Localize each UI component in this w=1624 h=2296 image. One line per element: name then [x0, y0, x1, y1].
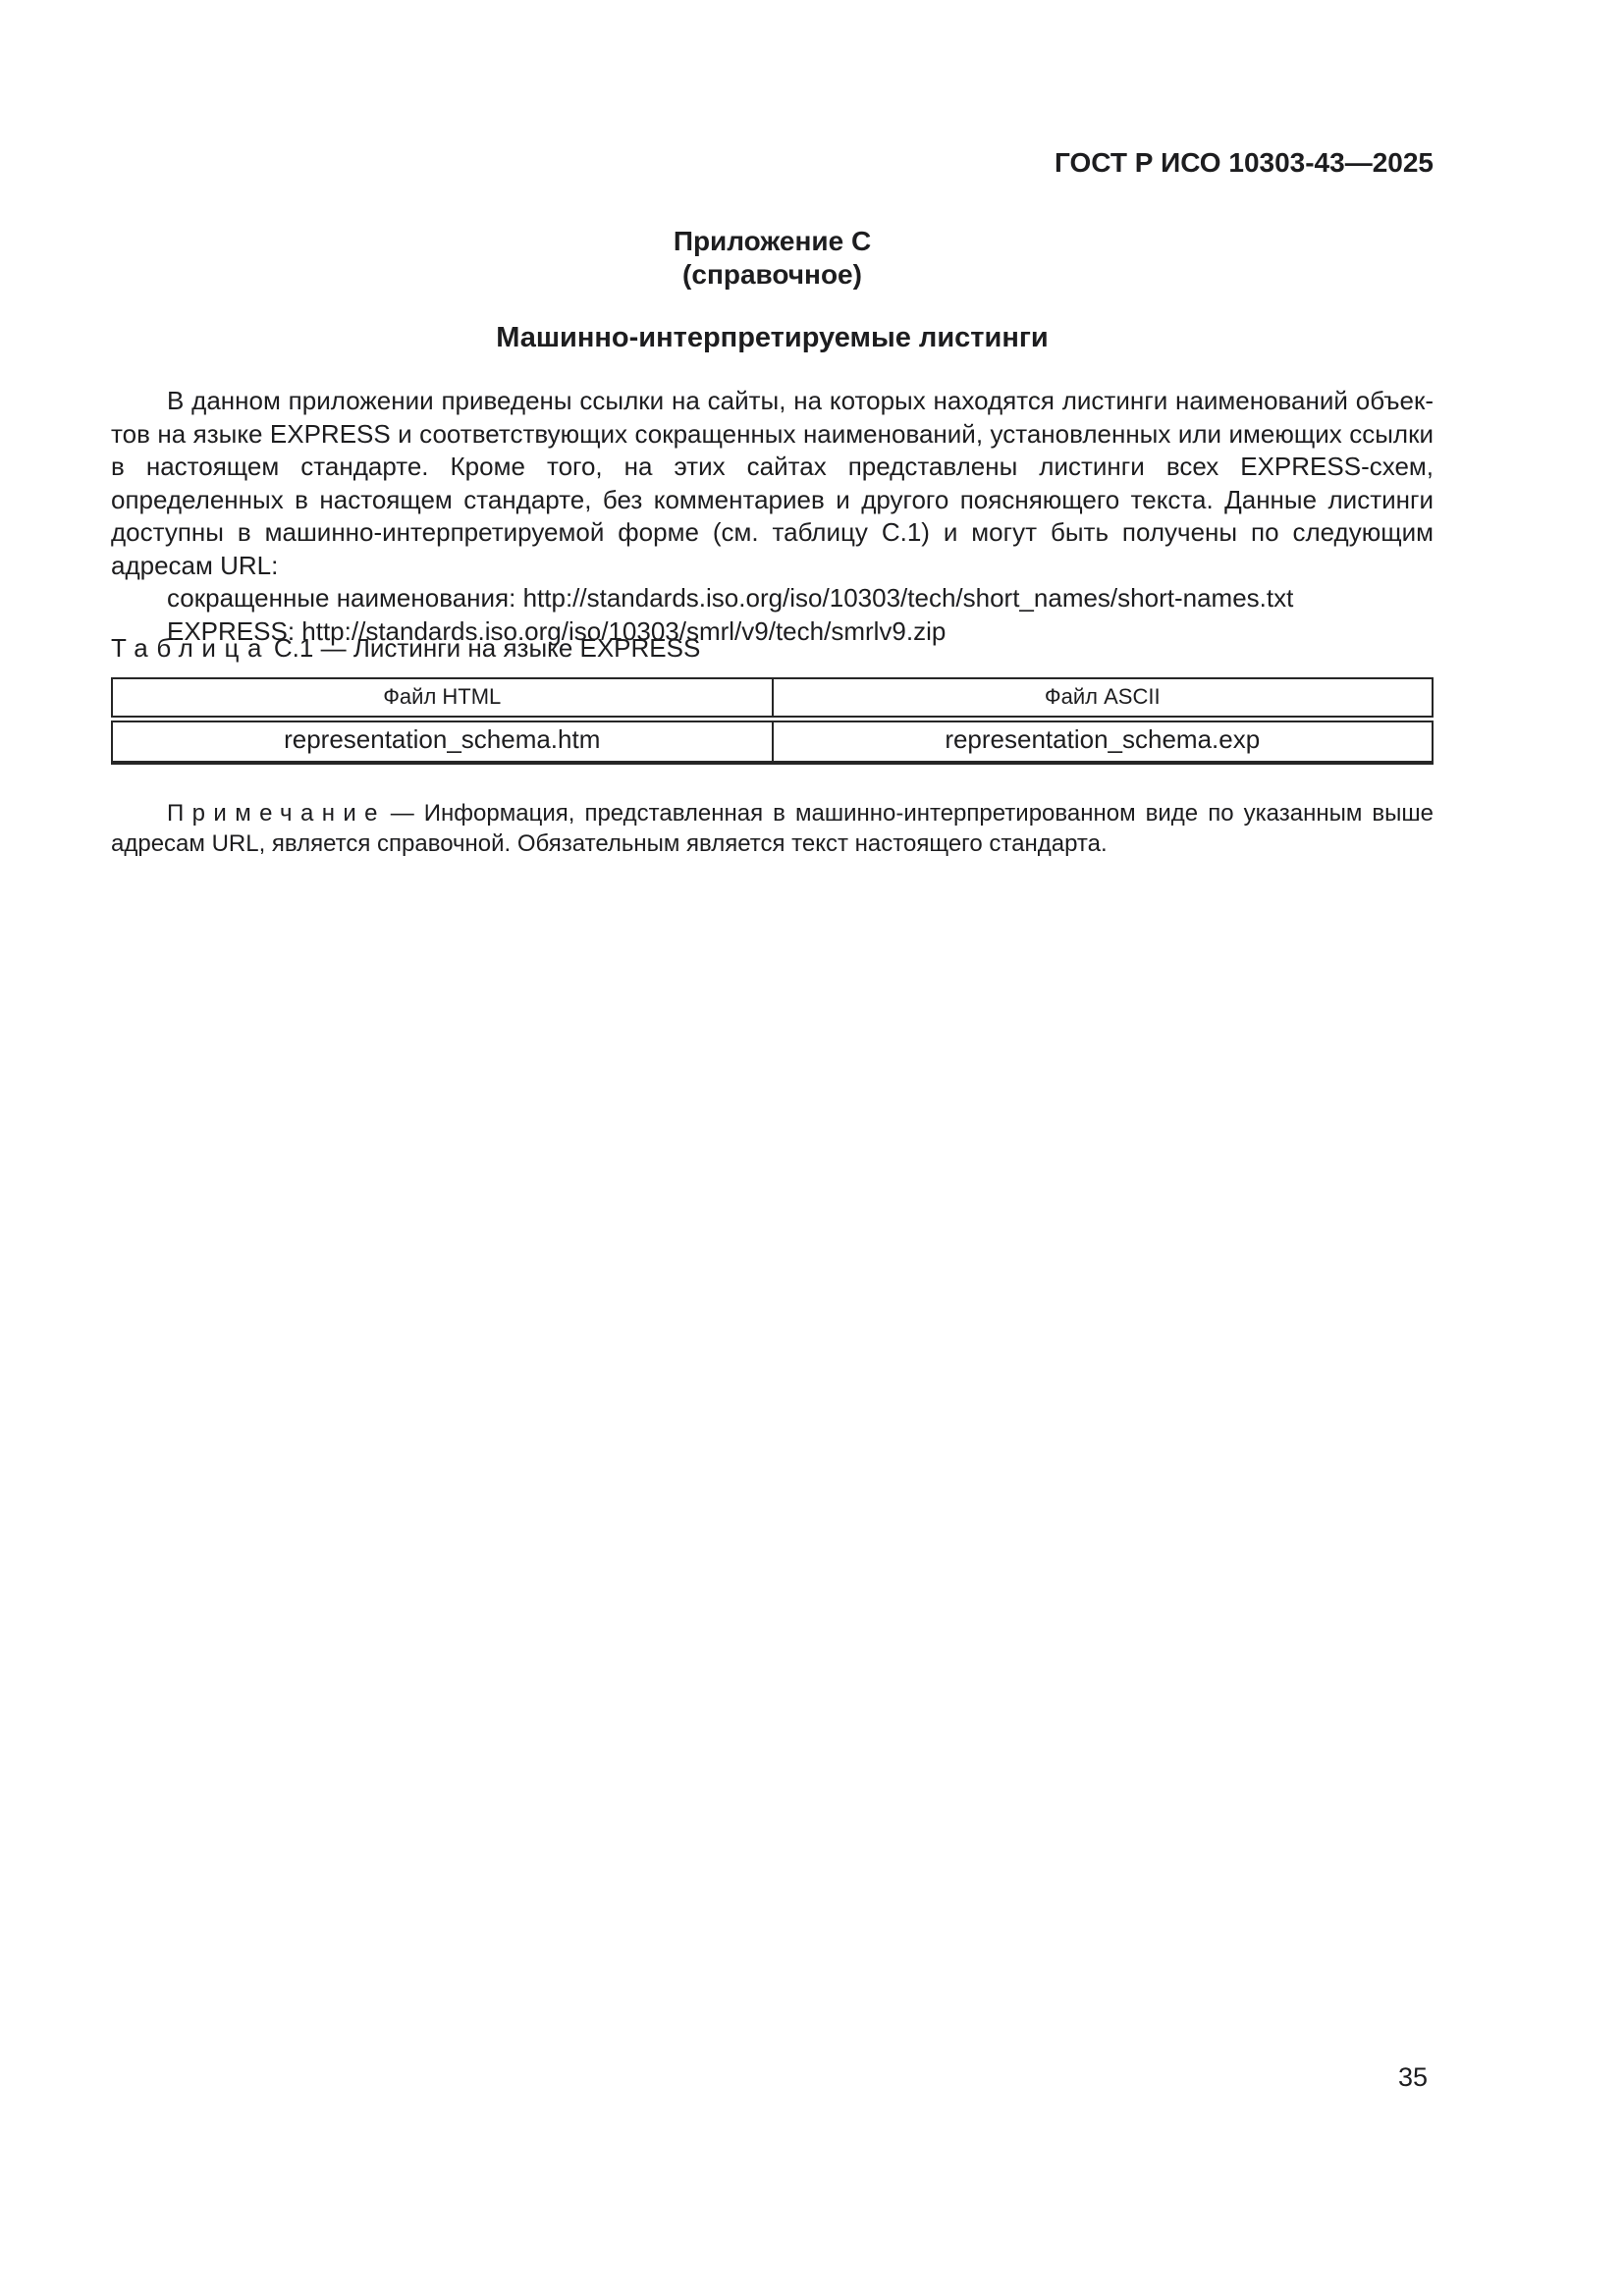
document-page: ГОСТ Р ИСО 10303-43—2025 Приложение С (с…: [0, 0, 1624, 2296]
cell-html-file: representation_schema.htm: [112, 719, 773, 763]
listings-table: Файл HTML Файл ASCII representation_sche…: [111, 677, 1434, 765]
table-header-row: Файл HTML Файл ASCII: [112, 678, 1433, 719]
note-paragraph: Примечание— Информация, представленная в…: [111, 798, 1434, 859]
column-header-ascii-file: Файл ASCII: [773, 678, 1434, 719]
annex-title: Машинно-интерпретируемые листинги: [111, 321, 1434, 354]
note: Примечание— Информация, представленная в…: [111, 798, 1434, 859]
cell-ascii-file: representation_schema.exp: [773, 719, 1434, 763]
table-row: representation_schema.htm representation…: [112, 719, 1433, 763]
listings-table-container: Файл HTML Файл ASCII representation_sche…: [111, 677, 1434, 765]
annex-heading: Приложение С (справочное): [111, 225, 1434, 292]
intro-paragraph: В данном приложении приведены ссылки на …: [111, 385, 1434, 582]
annex-type: (справочное): [111, 258, 1434, 292]
page-number: 35: [111, 2062, 1434, 2093]
short-names-url-line: сокращенные наименования: http://standar…: [111, 582, 1434, 615]
intro-section: В данном приложении приведены ссылки на …: [111, 385, 1434, 648]
annex-label: Приложение С: [111, 225, 1434, 258]
running-header: ГОСТ Р ИСО 10303-43—2025: [111, 147, 1434, 179]
column-header-html-file: Файл HTML: [112, 678, 773, 719]
table-caption-word: Таблица: [111, 633, 270, 663]
note-label: Примечание: [167, 800, 386, 827]
table-caption: ТаблицаС.1 — Листинги на языке EXPRESS: [111, 632, 1434, 664]
table-caption-text: С.1 — Листинги на языке EXPRESS: [274, 633, 700, 663]
